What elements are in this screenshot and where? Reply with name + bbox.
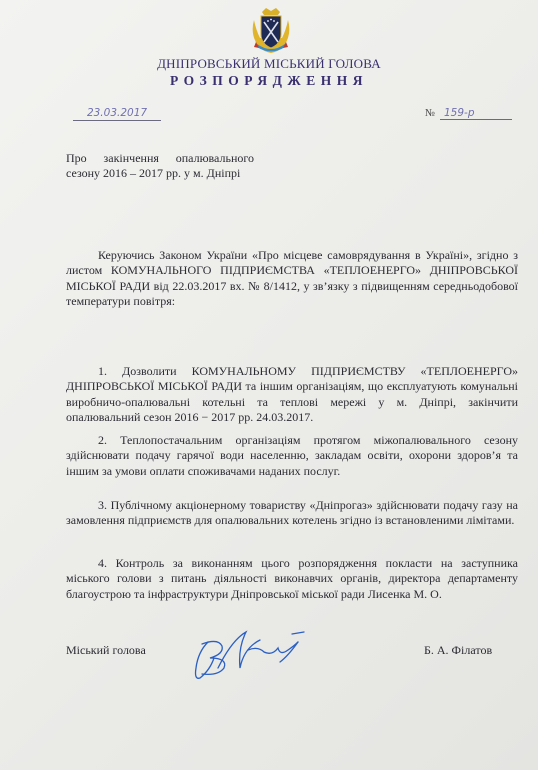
document-type: РОЗПОРЯДЖЕННЯ: [0, 73, 538, 89]
item-text: 3. Публічному акціонерному товариству «Д…: [66, 498, 518, 527]
item-text: 1. Дозволити КОМУНАЛЬНОМУ ПІДПРИЄМСТВУ «…: [66, 364, 518, 424]
number-label: №: [425, 108, 435, 119]
subject-line-2: сезону 2016 – 2017 рр. у м. Дніпрі: [66, 166, 254, 181]
handwritten-signature-icon: [188, 628, 318, 688]
item-4: 4. Контроль за виконанням цього розпоряд…: [66, 556, 518, 602]
subject-line-1: Про закінчення опалювального: [66, 151, 254, 166]
document-number: 159-р: [440, 107, 512, 120]
item-2: 2. Теплопостачальним організаціям протяг…: [66, 433, 518, 479]
item-1: 1. Дозволити КОМУНАЛЬНОМУ ПІДПРИЄМСТВУ «…: [66, 364, 518, 425]
document-date: 23.03.2017: [73, 107, 161, 121]
item-3: 3. Публічному акціонерному товариству «Д…: [66, 498, 518, 529]
signatory-role: Міський голова: [66, 643, 146, 658]
item-text: 4. Контроль за виконанням цього розпоряд…: [66, 556, 518, 601]
issuer-title: ДНІПРОВСЬКИЙ МІСЬКИЙ ГОЛОВА: [0, 56, 538, 72]
signatory-name: Б. А. Філатов: [424, 643, 492, 658]
item-text: 2. Теплопостачальним організаціям протяг…: [66, 433, 518, 478]
document-subject: Про закінчення опалювального сезону 2016…: [66, 151, 254, 181]
preamble: Керуючись Законом України «Про місцеве с…: [66, 248, 518, 309]
preamble-text: Керуючись Законом України «Про місцеве с…: [66, 248, 518, 308]
coat-of-arms-icon: [248, 6, 294, 56]
